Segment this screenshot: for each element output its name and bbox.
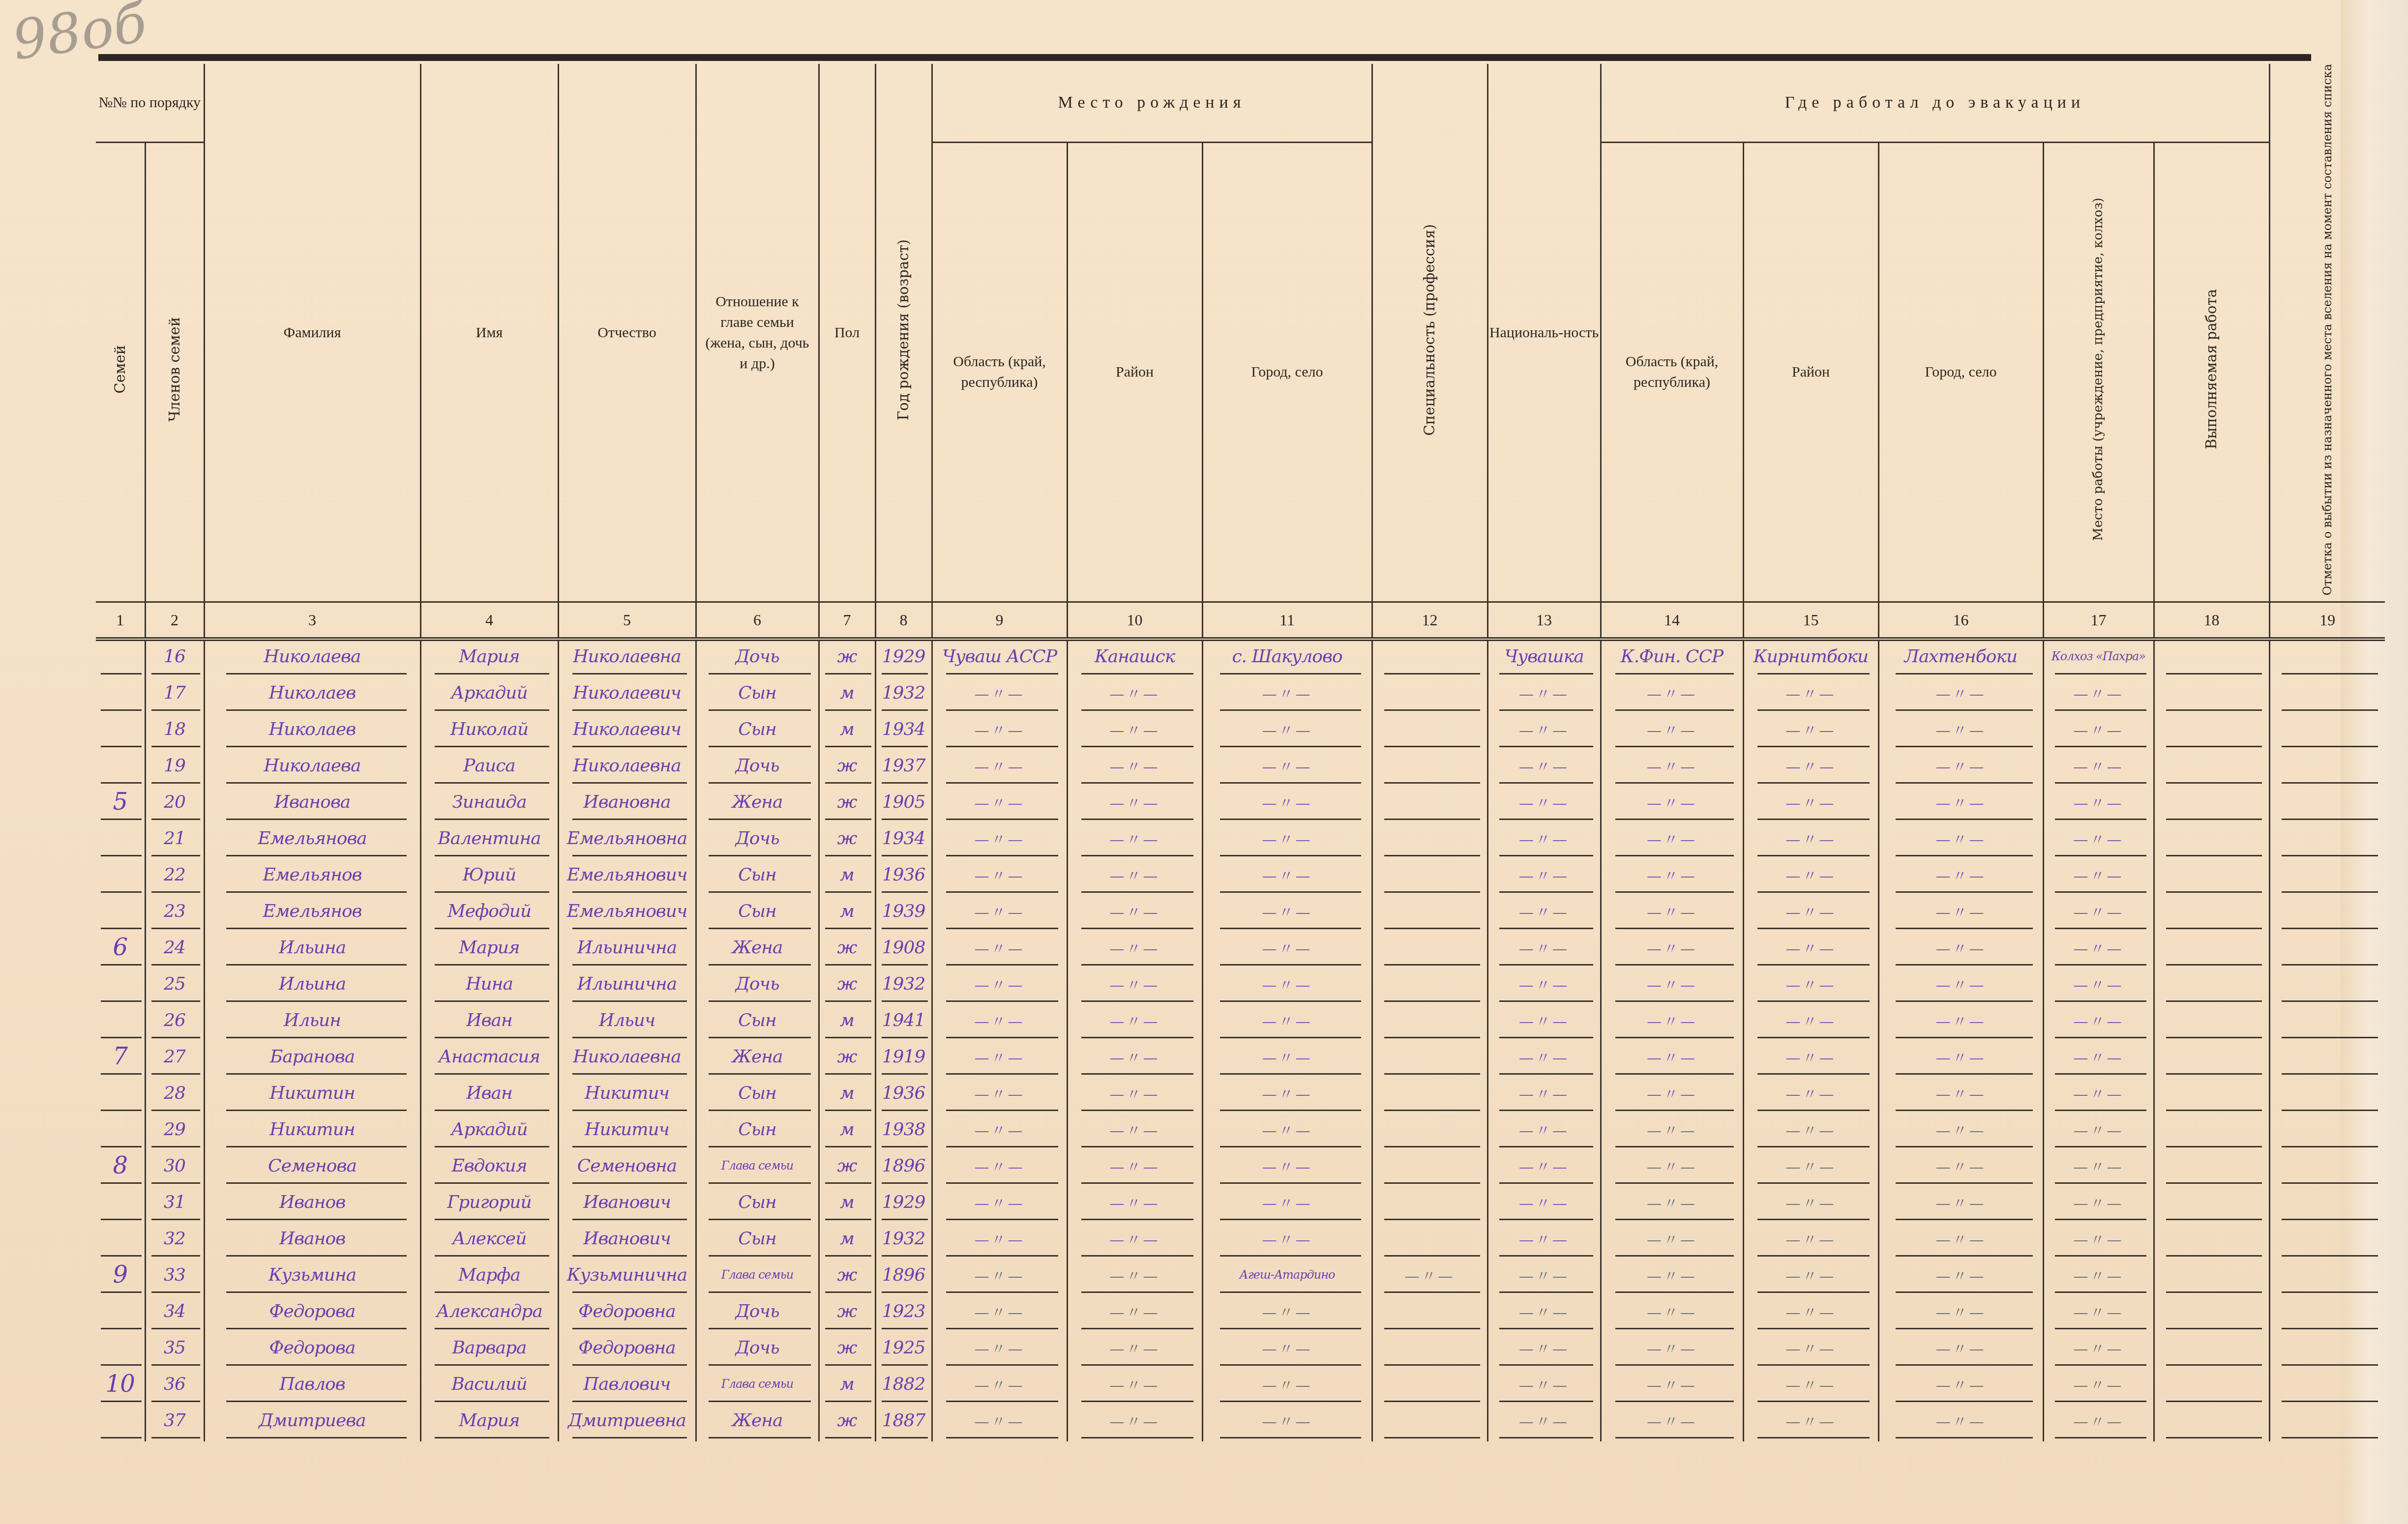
cell-workplace: —〃— [2043, 1114, 2154, 1150]
fill-line [1220, 1364, 1361, 1366]
handwritten-workplace: —〃— [2074, 686, 2124, 703]
cell-member: 36 [145, 1369, 204, 1405]
cell-surname: Никитин [204, 1114, 420, 1150]
cell-w-region: —〃— [1601, 787, 1743, 823]
handwritten-relation: Глава семьи [721, 1378, 793, 1390]
cell-name: Василий [420, 1369, 558, 1405]
handwritten-b-town: —〃— [1262, 686, 1312, 703]
fill-line [101, 891, 142, 893]
fill-line [1896, 819, 2033, 820]
fill-line [572, 1255, 687, 1257]
handwritten-nationality: —〃— [1519, 1268, 1569, 1285]
fill-line [1220, 1255, 1361, 1257]
handwritten-b-town: —〃— [1262, 1341, 1312, 1358]
handwritten-patronymic: Ивановна [583, 792, 670, 812]
cell-b-district: —〃— [1067, 932, 1202, 968]
header-members: Членов семей [145, 142, 204, 602]
fill-line [946, 1146, 1059, 1147]
fill-line [2282, 673, 2378, 674]
cell-workplace: —〃— [2043, 823, 2154, 859]
fill-line [1081, 782, 1194, 784]
fill-line [226, 709, 407, 711]
cell-member: 34 [145, 1296, 204, 1332]
cell-b-district: —〃— [1067, 1332, 1202, 1369]
cell-relation: Глава семьи [696, 1150, 819, 1187]
handwritten-b-region: —〃— [975, 868, 1025, 885]
handwritten-patronymic: Ильинична [577, 938, 677, 958]
evacuee-table: №№ по порядку Фамилия Имя Отчество Отнош… [96, 64, 2385, 1441]
handwritten-name: Мария [459, 938, 519, 958]
cell-b-town: —〃— [1202, 1041, 1372, 1078]
column-numbers-row: 12345678910111213141516171819 [96, 602, 2385, 640]
cell-relation: Сын [696, 677, 819, 714]
cell-note [2269, 1405, 2385, 1441]
cell-workplace: —〃— [2043, 1078, 2154, 1114]
handwritten-w-region: К.Фин. ССР [1621, 646, 1723, 667]
handwritten-sex: ж [837, 1410, 857, 1431]
handwritten-patronymic: Николаевна [573, 1047, 681, 1067]
cell-w-region: —〃— [1601, 859, 1743, 896]
cell-job [2154, 968, 2269, 1005]
handwritten-b-region: —〃— [975, 1195, 1025, 1212]
fill-line [946, 1437, 1059, 1438]
cell-surname: Ильин [204, 1005, 420, 1041]
handwritten-w-region: —〃— [1647, 759, 1697, 776]
handwritten-w-district: —〃— [1786, 940, 1836, 958]
handwritten-w-region: —〃— [1647, 868, 1697, 885]
fill-line [435, 782, 549, 784]
handwritten-w-town: Лахтенбоки [1904, 646, 2017, 667]
fill-line [101, 1328, 142, 1329]
fill-line [882, 855, 928, 856]
fill-line [2055, 709, 2147, 711]
fill-line [1081, 964, 1194, 966]
cell-specialty [1372, 1296, 1487, 1332]
handwritten-sex: м [840, 1010, 854, 1030]
cell-workplace: —〃— [2043, 1369, 2154, 1405]
fill-line [1615, 782, 1734, 784]
cell-nationality: —〃— [1487, 859, 1601, 896]
cell-year: 1932 [875, 677, 932, 714]
fill-line [435, 1037, 549, 1038]
fill-line [2055, 1437, 2147, 1438]
fill-line [226, 1437, 407, 1438]
handwritten-w-district: —〃— [1786, 686, 1836, 703]
handwritten-workplace: —〃— [2074, 904, 2124, 921]
fill-line [435, 819, 549, 820]
cell-b-town: —〃— [1202, 968, 1372, 1005]
fill-line [151, 1146, 200, 1147]
header-relation: Отношение к главе семьи (жена, сын, дочь… [696, 64, 819, 602]
cell-name: Николай [420, 714, 558, 750]
cell-b-region: —〃— [932, 1296, 1067, 1332]
handwritten-nationality: —〃— [1519, 1122, 1569, 1140]
fill-line [1384, 1328, 1480, 1329]
fill-line [226, 855, 407, 856]
cell-name: Аркадий [420, 1114, 558, 1150]
handwritten-patronymic: Иванович [583, 1192, 671, 1212]
cell-sex: м [819, 1223, 875, 1260]
handwritten-surname: Емельянов [263, 865, 361, 885]
handwritten-name: Мария [459, 646, 519, 667]
fill-line [882, 1110, 928, 1111]
handwritten-w-town: —〃— [1936, 868, 1986, 885]
handwritten-surname: Николаева [264, 756, 361, 776]
handwritten-sex: м [840, 1229, 854, 1249]
handwritten-b-town: —〃— [1262, 1013, 1312, 1030]
handwritten-b-town: —〃— [1262, 1122, 1312, 1140]
fill-line [1896, 928, 2033, 929]
handwritten-b-town: —〃— [1262, 868, 1312, 885]
handwritten-b-region: —〃— [975, 1413, 1025, 1431]
fill-line [1384, 928, 1480, 929]
handwritten-nationality: —〃— [1519, 1377, 1569, 1394]
cell-b-district: —〃— [1067, 859, 1202, 896]
header-work-group: Где работал до эвакуации [1601, 64, 2269, 142]
fill-line [946, 673, 1059, 674]
fill-line [882, 746, 928, 747]
fill-line [1220, 1291, 1361, 1293]
fill-line [1499, 1073, 1593, 1075]
fill-line [1757, 1437, 1870, 1438]
cell-b-district: —〃— [1067, 1405, 1202, 1441]
cell-surname: Николаев [204, 714, 420, 750]
cell-note [2269, 1260, 2385, 1296]
cell-relation: Жена [696, 932, 819, 968]
fill-line [946, 1219, 1059, 1220]
fill-line [1220, 782, 1361, 784]
fill-line [2166, 1073, 2262, 1075]
cell-relation: Сын [696, 859, 819, 896]
fill-line [151, 1328, 200, 1329]
cell-family [96, 823, 145, 859]
fill-line [1081, 1255, 1194, 1257]
column-number: 13 [1487, 602, 1601, 640]
fill-line [1757, 1401, 1870, 1402]
cell-w-district: —〃— [1743, 1332, 1878, 1369]
fill-line [151, 746, 200, 747]
fill-line [2282, 1255, 2378, 1257]
fill-line [882, 1364, 928, 1366]
cell-w-region: К.Фин. ССР [1601, 639, 1743, 677]
fill-line [1220, 928, 1361, 929]
cell-patronymic: Николаевна [558, 1041, 696, 1078]
fill-line [825, 1291, 871, 1293]
cell-member: 28 [145, 1078, 204, 1114]
cell-member: 16 [145, 639, 204, 677]
fill-line [709, 1364, 811, 1366]
cell-b-region: —〃— [932, 968, 1067, 1005]
handwritten-workplace: —〃— [2074, 1122, 2124, 1140]
header-specialty: Специальность (профессия) [1372, 64, 1487, 602]
cell-b-town: —〃— [1202, 1005, 1372, 1041]
cell-relation: Сын [696, 1114, 819, 1150]
handwritten-member: 29 [164, 1119, 185, 1140]
fill-line [1384, 891, 1480, 893]
cell-year: 1934 [875, 823, 932, 859]
handwritten-name: Григорий [447, 1192, 531, 1212]
fill-line [1499, 1000, 1593, 1002]
handwritten-w-district: —〃— [1786, 1231, 1836, 1249]
fill-line [1081, 1073, 1194, 1075]
fill-line [709, 819, 811, 820]
cell-member: 24 [145, 932, 204, 968]
fill-line [151, 1255, 200, 1257]
fill-line [946, 819, 1059, 820]
handwritten-name: Аркадий [451, 1119, 527, 1140]
fill-line [946, 1401, 1059, 1402]
fill-line [1384, 1000, 1480, 1002]
fill-line [1896, 855, 2033, 856]
fill-line [709, 1000, 811, 1002]
fill-line [1220, 1182, 1361, 1184]
handwritten-nationality: —〃— [1519, 686, 1569, 703]
handwritten-sex: м [840, 1119, 854, 1140]
handwritten-relation: Дочь [736, 1301, 779, 1321]
fill-line [101, 1364, 142, 1366]
handwritten-relation: Жена [732, 792, 783, 812]
cell-b-district: —〃— [1067, 1005, 1202, 1041]
fill-line [226, 928, 407, 929]
cell-family [96, 1405, 145, 1441]
handwritten-b-region: —〃— [975, 1086, 1025, 1103]
cell-workplace: —〃— [2043, 1150, 2154, 1187]
fill-line [1081, 1037, 1194, 1038]
cell-relation: Дочь [696, 1296, 819, 1332]
fill-line [572, 928, 687, 929]
header-workplace: Место работы (учреждение, предприятие, к… [2043, 142, 2154, 602]
fill-line [2055, 1146, 2147, 1147]
handwritten-relation: Сын [738, 865, 776, 885]
header-name: Имя [420, 64, 558, 602]
handwritten-sex: м [840, 1083, 854, 1103]
fill-line [151, 1219, 200, 1220]
cell-job [2154, 1260, 2269, 1296]
handwritten-year: 1929 [882, 646, 925, 667]
fill-line [825, 819, 871, 820]
handwritten-w-district: —〃— [1786, 795, 1836, 812]
cell-specialty [1372, 750, 1487, 787]
handwritten-member: 32 [164, 1229, 185, 1249]
handwritten-nationality: —〃— [1519, 795, 1569, 812]
cell-patronymic: Никитич [558, 1114, 696, 1150]
table-row: 28НикитинИванНикитичСынм1936—〃——〃——〃——〃—… [96, 1078, 2385, 1114]
fill-line [1220, 1219, 1361, 1220]
fill-line [1384, 855, 1480, 856]
cell-sex: ж [819, 932, 875, 968]
table-row: 34ФедороваАлександраФедоровнаДочьж1923—〃… [96, 1296, 2385, 1332]
cell-year: 1896 [875, 1260, 932, 1296]
handwritten-surname: Кузьмина [268, 1265, 356, 1285]
cell-w-district: —〃— [1743, 1078, 1878, 1114]
handwritten-member: 21 [164, 828, 185, 849]
fill-line [1499, 1291, 1593, 1293]
cell-relation: Дочь [696, 968, 819, 1005]
cell-w-region: —〃— [1601, 714, 1743, 750]
fill-line [1896, 1328, 2033, 1329]
header-work-town: Город, село [1878, 142, 2043, 602]
fill-line [1757, 1328, 1870, 1329]
fill-line [709, 1110, 811, 1111]
fill-line [946, 928, 1059, 929]
cell-surname: Кузьмина [204, 1260, 420, 1296]
handwritten-member: 33 [164, 1265, 185, 1285]
fill-line [1896, 1110, 2033, 1111]
handwritten-member: 22 [164, 865, 185, 885]
fill-line [226, 1037, 407, 1038]
fill-line [825, 1401, 871, 1402]
handwritten-w-town: —〃— [1936, 759, 1986, 776]
cell-specialty [1372, 1078, 1487, 1114]
handwritten-workplace: —〃— [2074, 1304, 2124, 1321]
fill-line [825, 1182, 871, 1184]
cell-family: 10 [96, 1369, 145, 1405]
cell-note [2269, 932, 2385, 968]
fill-line [1757, 782, 1870, 784]
fill-line [1757, 928, 1870, 929]
fill-line [2282, 1110, 2378, 1111]
fill-line [1499, 1219, 1593, 1220]
fill-line [2055, 1037, 2147, 1038]
cell-specialty [1372, 823, 1487, 859]
fill-line [1220, 1037, 1361, 1038]
handwritten-family: 9 [113, 1261, 127, 1289]
fill-line [946, 782, 1059, 784]
handwritten-relation: Глава семьи [721, 1160, 793, 1172]
fill-line [1220, 673, 1361, 674]
cell-job [2154, 750, 2269, 787]
handwritten-workplace: —〃— [2074, 1231, 2124, 1249]
header-birth-district: Район [1067, 142, 1202, 602]
fill-line [1081, 1437, 1194, 1438]
fill-line [2166, 1401, 2262, 1402]
fill-line [1757, 1291, 1870, 1293]
cell-b-town: —〃— [1202, 1150, 1372, 1187]
handwritten-member: 36 [164, 1374, 185, 1394]
fill-line [572, 1364, 687, 1366]
cell-b-district: —〃— [1067, 1187, 1202, 1223]
cell-nationality: —〃— [1487, 714, 1601, 750]
cell-b-district: —〃— [1067, 1296, 1202, 1332]
handwritten-sex: ж [837, 828, 857, 849]
fill-line [1896, 746, 2033, 747]
handwritten-patronymic: Ильич [599, 1010, 655, 1030]
handwritten-nationality: —〃— [1519, 977, 1569, 994]
fill-line [101, 1000, 142, 1002]
cell-w-district: —〃— [1743, 677, 1878, 714]
cell-b-district: —〃— [1067, 1260, 1202, 1296]
handwritten-relation: Сын [738, 683, 776, 703]
handwritten-name: Анастасия [439, 1047, 540, 1067]
header-work-district: Район [1743, 142, 1878, 602]
handwritten-b-district: —〃— [1110, 1268, 1160, 1285]
header-birth-region: Область (край, республика) [932, 142, 1067, 602]
fill-line [2282, 1364, 2378, 1366]
handwritten-member: 31 [164, 1192, 185, 1212]
handwritten-workplace: —〃— [2074, 1413, 2124, 1431]
fill-line [151, 1073, 200, 1075]
cell-b-town: —〃— [1202, 1078, 1372, 1114]
cell-w-district: —〃— [1743, 1223, 1878, 1260]
handwritten-relation: Сын [738, 1192, 776, 1212]
cell-relation: Жена [696, 1041, 819, 1078]
fill-line [2055, 1219, 2147, 1220]
handwritten-year: 1937 [882, 756, 925, 776]
fill-line [1499, 746, 1593, 747]
cell-job [2154, 1078, 2269, 1114]
cell-w-region: —〃— [1601, 1041, 1743, 1078]
fill-line [1896, 1000, 2033, 1002]
cell-w-region: —〃— [1601, 1150, 1743, 1187]
handwritten-w-town: —〃— [1936, 722, 1986, 739]
fill-line [1081, 1364, 1194, 1366]
handwritten-w-town: —〃— [1936, 1413, 1986, 1431]
handwritten-w-town: —〃— [1936, 1304, 1986, 1321]
fill-line [946, 1000, 1059, 1002]
handwritten-year: 1882 [882, 1374, 925, 1394]
cell-b-district: —〃— [1067, 896, 1202, 932]
fill-line [435, 1146, 549, 1147]
cell-surname: Николаев [204, 677, 420, 714]
cell-w-region: —〃— [1601, 677, 1743, 714]
fill-line [2166, 1328, 2262, 1329]
fill-line [572, 1000, 687, 1002]
cell-w-district: —〃— [1743, 1260, 1878, 1296]
fill-line [1499, 1037, 1593, 1038]
cell-sex: м [819, 859, 875, 896]
cell-w-region: —〃— [1601, 932, 1743, 968]
cell-nationality: —〃— [1487, 1260, 1601, 1296]
fill-line [2282, 891, 2378, 893]
fill-line [1499, 1364, 1593, 1366]
fill-line [1896, 1219, 2033, 1220]
handwritten-surname: Иванов [279, 1229, 345, 1249]
handwritten-workplace: —〃— [2074, 722, 2124, 739]
handwritten-b-district: —〃— [1110, 686, 1160, 703]
table-row: 25ИльинаНинаИльиничнаДочьж1932—〃——〃——〃——… [96, 968, 2385, 1005]
cell-b-region: —〃— [932, 1332, 1067, 1369]
fill-line [2055, 819, 2147, 820]
handwritten-b-district: —〃— [1110, 1122, 1160, 1140]
handwritten-w-district: —〃— [1786, 1268, 1836, 1285]
fill-line [882, 1437, 928, 1438]
handwritten-year: 1923 [882, 1301, 925, 1321]
cell-member: 25 [145, 968, 204, 1005]
fill-line [1384, 1182, 1480, 1184]
fill-line [151, 1401, 200, 1402]
handwritten-name: Зинаида [452, 792, 526, 812]
header-work-region: Область (край, республика) [1601, 142, 1743, 602]
fill-line [825, 1364, 871, 1366]
fill-line [1081, 1110, 1194, 1111]
handwritten-patronymic: Федоровна [578, 1301, 676, 1321]
table-body: 16НиколаеваМарияНиколаевнаДочьж1929Чуваш… [96, 639, 2385, 1441]
cell-patronymic: Никитич [558, 1078, 696, 1114]
handwritten-member: 18 [164, 719, 185, 739]
cell-member: 26 [145, 1005, 204, 1041]
cell-b-town: —〃— [1202, 859, 1372, 896]
cell-patronymic: Ильич [558, 1005, 696, 1041]
cell-w-town: —〃— [1878, 1223, 2043, 1260]
column-number: 14 [1601, 602, 1743, 640]
fill-line [572, 1437, 687, 1438]
cell-w-region: —〃— [1601, 750, 1743, 787]
cell-name: Мефодий [420, 896, 558, 932]
fill-line [435, 1219, 549, 1220]
column-number: 17 [2043, 602, 2154, 640]
handwritten-surname: Ильина [279, 974, 346, 994]
cell-name: Варвара [420, 1332, 558, 1369]
